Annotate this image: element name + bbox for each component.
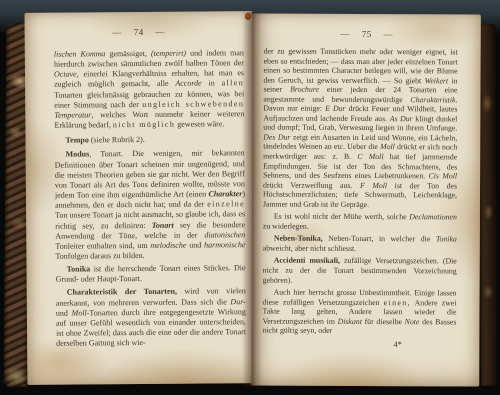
text-run: Temperatur (54, 110, 91, 119)
text-run: nicht möglich (113, 120, 175, 129)
text-run: zu widerlegen. (263, 221, 309, 230)
text-paragraph: Auch hier herrscht grosse Unbestimmtheit… (262, 288, 456, 337)
text-run: harmonische (204, 240, 245, 249)
text-run: Diskant (338, 317, 362, 326)
text-run: Cis Moll (429, 171, 458, 180)
text-run: Accorde (175, 79, 201, 88)
text-run: einen, (384, 298, 411, 307)
page-number-header-right: — 75 — (253, 29, 481, 40)
text-run: Charakter (208, 189, 242, 198)
book-cover-edge-right (479, 24, 498, 386)
text-run: Moll (380, 143, 395, 152)
text-run: Tonfolgen daraus zu bilden. (55, 251, 144, 261)
text-run: E Dur (325, 104, 345, 113)
text-paragraph: Modus, Tonart. Die wenigen, mir bekannte… (55, 149, 246, 262)
text-run: Moll- (72, 308, 90, 317)
open-book-photo: — 74 — lischen Komma gemässiget, (temper… (0, 0, 500, 395)
text-run: melodische (150, 240, 186, 249)
text-run: (siehe Rubrik 2). (89, 135, 145, 144)
page-text-right: der zu gewissen Tonstücken mehr oder wen… (262, 47, 457, 337)
text-run: gewesen wäre. (175, 119, 224, 128)
page-text-left: lischen Komma gemässiget, (temperirt) un… (54, 48, 246, 349)
page-right: — 75 — der zu gewissen Tonstücken mehr o… (251, 14, 481, 387)
text-paragraph: lischen Komma gemässiget, (temperirt) un… (54, 48, 245, 131)
text-run: Octave (54, 70, 77, 79)
text-run: Tonika (436, 235, 457, 244)
text-run: für dieselbe (362, 317, 405, 326)
text-run: C Moll (357, 152, 383, 161)
text-run: Neben-Tonart, in welcher die (323, 234, 436, 243)
text-run: As Dur (390, 114, 413, 123)
signature-mark: 4* (393, 339, 402, 349)
text-run: Note (405, 317, 420, 326)
text-run: Charakteristik der Tonarten, (67, 287, 177, 297)
text-paragraph: Charakteristik der Tonarten, wird von vi… (56, 287, 246, 349)
text-paragraph: Tonika ist die herrschende Tonart eines … (56, 263, 246, 285)
text-run: einzelne (207, 199, 245, 208)
text-run: Brochure (290, 85, 319, 94)
text-run: abweicht, aber nicht schliesst. (263, 243, 356, 252)
text-run: diatonischen (204, 230, 245, 239)
text-run: Declamationen (409, 212, 457, 221)
text-run: und (56, 308, 72, 317)
text-paragraph: der zu gewissen Tonstücken mehr oder wen… (263, 47, 458, 210)
text-run: Accidenti musikali, (274, 256, 340, 265)
text-paragraph: Es ist wohl nicht der Mühe werth, solche… (263, 212, 457, 232)
book-gutter-shadow (242, 12, 262, 386)
text-run: ungleich schwebenden (142, 99, 244, 109)
text-run: und (186, 240, 204, 249)
text-paragraph: Accidenti musikali, zufällige Versetzung… (263, 256, 457, 285)
text-run: allen (222, 79, 245, 88)
text-run: Es ist wohl nicht der Mühe werth, solche (274, 212, 409, 222)
page-number-header-left: — 74 — (25, 26, 253, 38)
text-run: F Moll (360, 181, 387, 190)
spine-headband-icon (245, 13, 251, 20)
text-run: drückt Verzweiflung aus. (263, 180, 360, 189)
text-run: Tonika (67, 265, 91, 274)
text-paragraph: Neben-Tonika, Neben-Tonart, in welcher d… (263, 234, 457, 254)
page-left: — 74 — lischen Komma gemässiget, (temper… (25, 11, 256, 385)
book-photo-page: { "colors": { "background": "#0a0909", "… (0, 0, 500, 395)
text-run: Weikert (425, 76, 449, 85)
text-run: in (202, 79, 222, 88)
text-run: Charakteristik (410, 95, 455, 104)
text-run: Tempo (66, 136, 89, 145)
text-run: (temperirt) (151, 49, 186, 58)
text-run: Des Dur (263, 132, 290, 141)
text-run: lischen Komma (54, 49, 106, 58)
text-run: Modus (66, 150, 90, 159)
text-run: Tonart (152, 220, 174, 229)
text-run: Tonleiter enthalten sind, um (55, 241, 150, 251)
text-run: gemässiget, (105, 49, 151, 58)
text-run: Neben-Tonika, (274, 234, 323, 243)
text-paragraph: Tempo (siehe Rubrik 2). (55, 134, 245, 146)
